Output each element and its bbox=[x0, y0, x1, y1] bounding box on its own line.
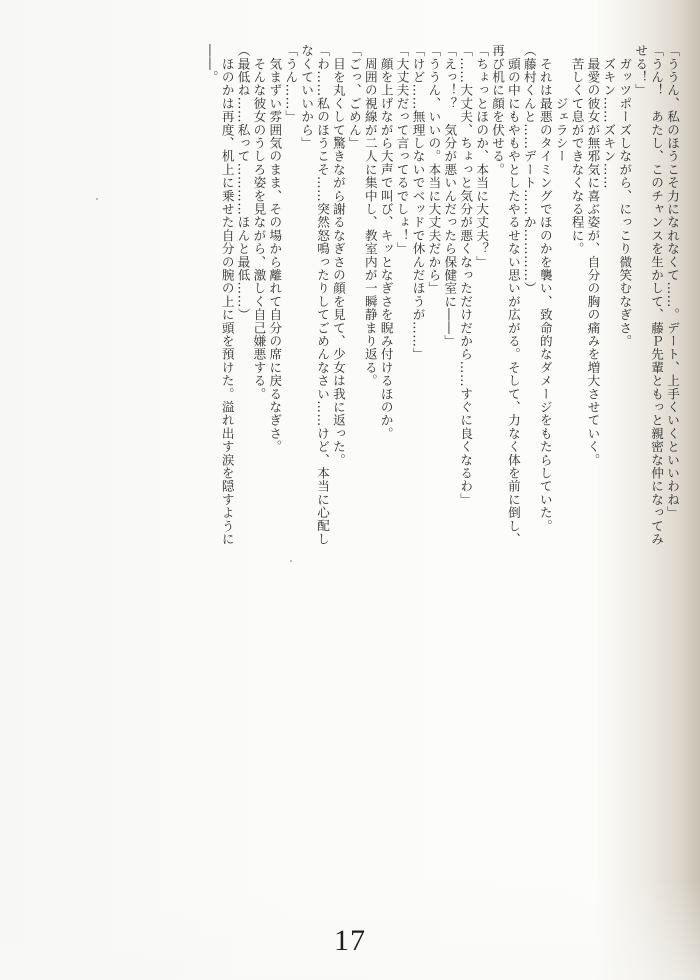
text-line: 「ごっ、ごめん」 bbox=[346, 44, 362, 514]
text-line: 「うん……」 bbox=[282, 44, 298, 514]
text-line: （最低ね……私って…………ほんと最低……） bbox=[235, 44, 251, 514]
text-line: 「わ……私のほうこそ……突然怒鳴ったりしてごめんなさい……けど、本当に心配し bbox=[314, 44, 330, 514]
text-line: 「……大丈夫、ちょっと気分が悪くなっただけだから……すぐに良くなるわ」 bbox=[457, 44, 473, 514]
text-line: 再び机に顔を伏せる。 bbox=[489, 44, 505, 514]
text-line: 「ちょっとほのか、本当に大丈夫？」 bbox=[473, 44, 489, 514]
text-line: ――。 bbox=[203, 44, 219, 514]
text-line: 周囲の視線が二人に集中し、教室内が一瞬静まり返る。 bbox=[362, 44, 378, 514]
text-line: ほのかは再度、机上に乗せた自分の腕の上に頭を預けた。溢れ出す涙を隠すように bbox=[219, 44, 235, 514]
text-line: （藤村くんと……デート……か…………） bbox=[521, 44, 537, 514]
text-line: なくていいから」 bbox=[298, 44, 314, 514]
text-line: せる！」 bbox=[632, 44, 648, 514]
text-line: 顔を上げながら大声で叫び、キッとなぎさを睨み付けるほのか。 bbox=[378, 44, 394, 514]
text-line: 「けど……無理しないでベッドで休んだほうが……」 bbox=[410, 44, 426, 514]
scan-speck bbox=[290, 560, 292, 562]
text-line: 最愛の彼女が無邪気に喜ぶ姿が、自分の胸の痛みを増大させていく。 bbox=[585, 44, 601, 514]
section-heading: ジェラシー bbox=[553, 44, 569, 514]
text-line: 「えっ！？ 気分が悪いんだったら保健室に――」 bbox=[441, 44, 457, 514]
text-line: 「うん！ あたし、このチャンスを生かして、藤Ｐ先輩ともっと親密な仲になってみ bbox=[648, 44, 664, 514]
text-line: 頭の中にもやもやとしたやるせない思いが広がる。そして、力なく体を前に倒し、 bbox=[505, 44, 521, 514]
text-line: それは最悪のタイミングでほのかを襲い、致命的なダメージをもたらしていた。 bbox=[537, 44, 553, 514]
text-line: 「ううん、私のほうこそ力になれなくて……。デート、上手くいくといいわね」 bbox=[664, 44, 680, 514]
vertical-text-body: 「ううん、私のほうこそ力になれなくて……。デート、上手くいくといいわね」 「うん… bbox=[120, 44, 680, 514]
text-line: そんな彼女のうしろ姿を見ながら、激しく自己嫌悪する。 bbox=[251, 44, 267, 514]
page-number: 17 bbox=[0, 924, 700, 958]
text-line: 気まずい雰囲気のまま、その場から離れて自分の席に戻るなぎさ。 bbox=[266, 44, 282, 514]
text-line: 「大丈夫だって言ってるでしょ！」 bbox=[394, 44, 410, 514]
text-line: ガッツポーズしながら、にっこり微笑むなぎさ。 bbox=[616, 44, 632, 514]
text-line: ズキン……ズキン…… bbox=[600, 44, 616, 514]
text-line: 苦しくて息ができなくなる程に。 bbox=[569, 44, 585, 514]
scan-speck bbox=[96, 198, 98, 200]
text-line: 「ううん、いいの。本当に大丈夫だから」 bbox=[426, 44, 442, 514]
text-line: 目を丸くして驚きながら謝るなぎさの顔を見て、少女は我に返った。 bbox=[330, 44, 346, 514]
